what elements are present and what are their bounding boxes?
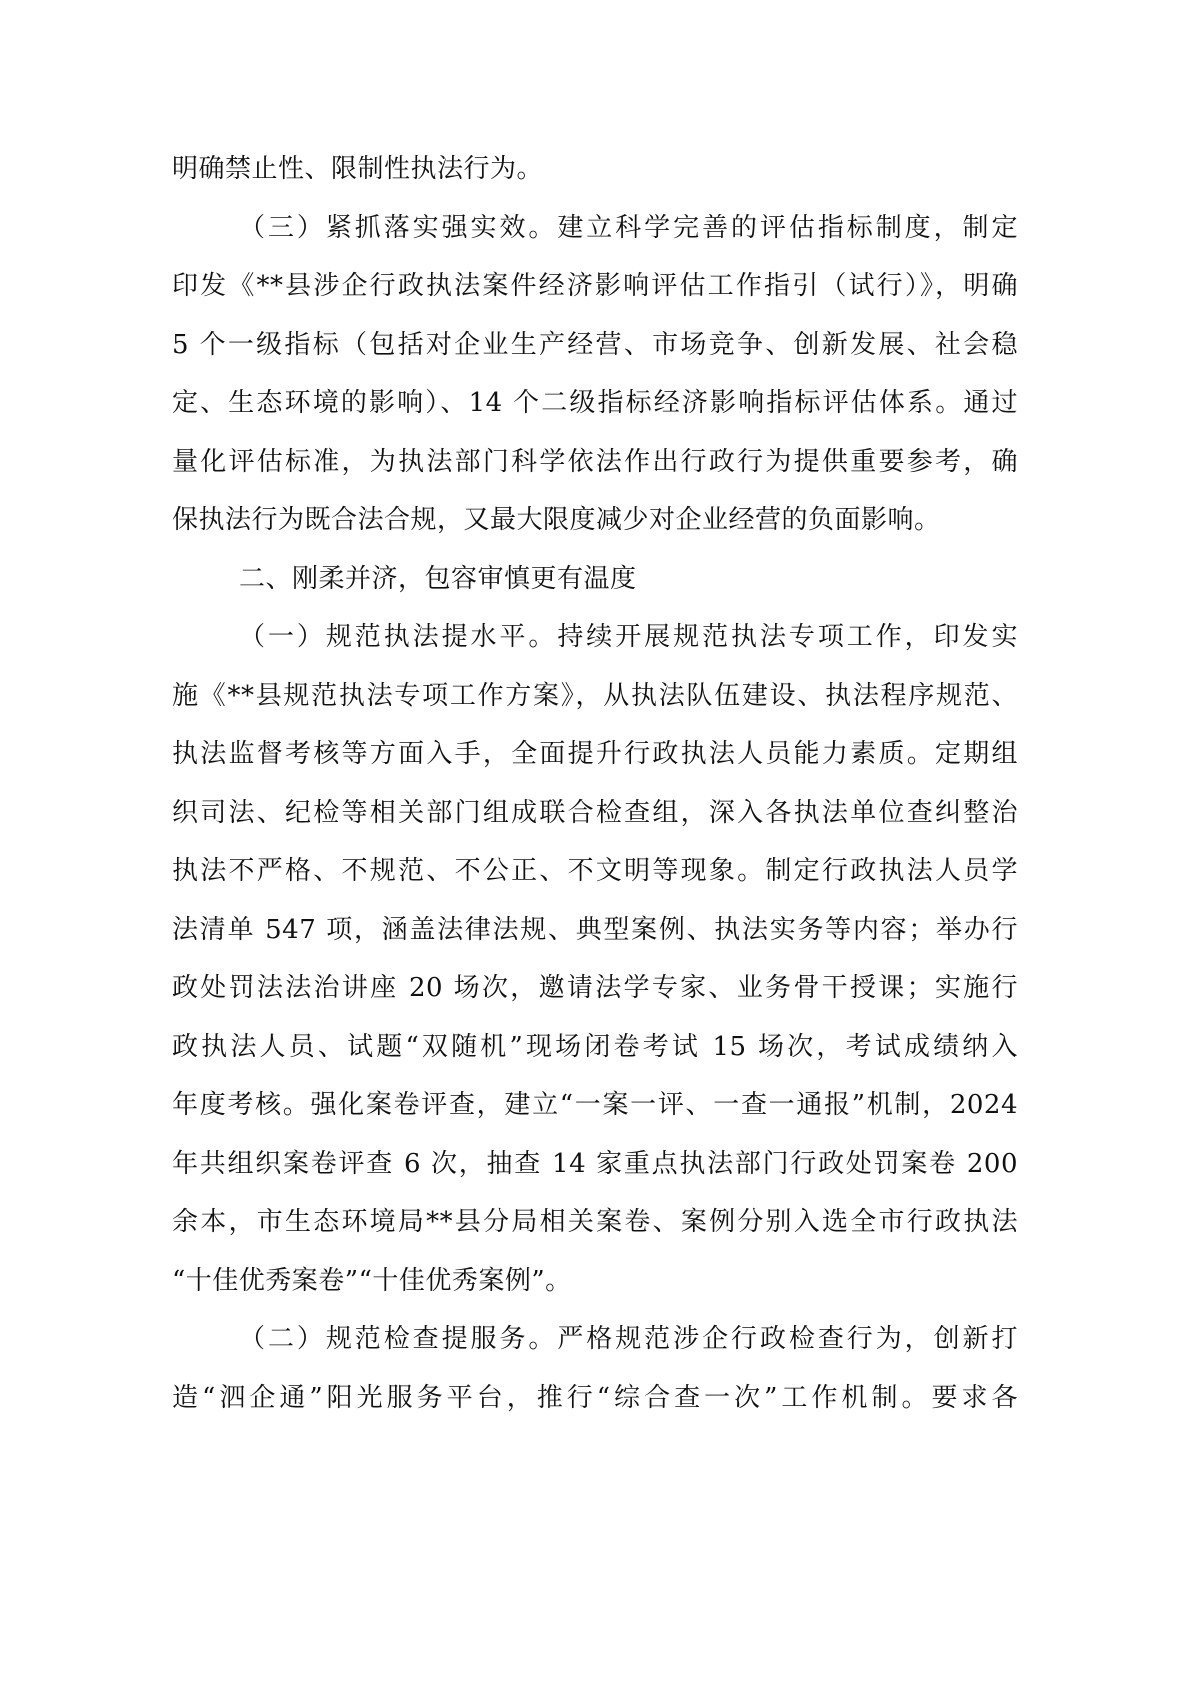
section-heading-1: （一）规范执法提水平。持续开展规范执法专项工作，印发实 xyxy=(172,608,1018,667)
paragraph-line: 明确禁止性、限制性执法行为。 xyxy=(172,140,1018,199)
paragraph-line: 政处罚法法治讲座 20 场次，邀请法学专家、业务骨干授课；实施行 xyxy=(172,959,1018,1018)
paragraph-line: 织司法、纪检等相关部门组成联合检查组，深入各执法单位查纠整治 xyxy=(172,784,1018,843)
paragraph-line: 5 个一级指标（包括对企业生产经营、市场竞争、创新发展、社会稳 xyxy=(172,316,1018,375)
paragraph-line: 量化评估标准，为执法部门科学依法作出行政行为提供重要参考，确 xyxy=(172,433,1018,492)
paragraph-line: 政执法人员、试题“双随机”现场闭卷考试 15 场次，考试成绩纳入 xyxy=(172,1018,1018,1077)
paragraph-line: 造“泗企通”阳光服务平台，推行“综合查一次”工作机制。要求各 xyxy=(172,1369,1018,1428)
chapter-heading-2: 二、刚柔并济，包容审慎更有温度 xyxy=(172,550,1018,609)
paragraph-line: 执法不严格、不规范、不公正、不文明等现象。制定行政执法人员学 xyxy=(172,842,1018,901)
document-body: 明确禁止性、限制性执法行为。 （三）紧抓落实强实效。建立科学完善的评估指标制度，… xyxy=(172,140,1018,1427)
paragraph-line: 法清单 547 项，涵盖法律法规、典型案例、执法实务等内容；举办行 xyxy=(172,901,1018,960)
paragraph-line: 保执法行为既合法合规，又最大限度减少对企业经营的负面影响。 xyxy=(172,491,1018,550)
paragraph-line: 余本，市生态环境局**县分局相关案卷、案例分别入选全市行政执法 xyxy=(172,1193,1018,1252)
document-page: 明确禁止性、限制性执法行为。 （三）紧抓落实强实效。建立科学完善的评估指标制度，… xyxy=(0,0,1190,1683)
section-heading-2: （二）规范检查提服务。严格规范涉企行政检查行为，创新打 xyxy=(172,1310,1018,1369)
paragraph-line: “十佳优秀案卷”“十佳优秀案例”。 xyxy=(172,1252,1018,1311)
section-heading-3: （三）紧抓落实强实效。建立科学完善的评估指标制度，制定 xyxy=(172,199,1018,258)
paragraph-line: 施《**县规范执法专项工作方案》，从执法队伍建设、执法程序规范、 xyxy=(172,667,1018,726)
paragraph-line: 年共组织案卷评查 6 次，抽查 14 家重点执法部门行政处罚案卷 200 xyxy=(172,1135,1018,1194)
paragraph-line: 年度考核。强化案卷评查，建立“一案一评、一查一通报”机制，2024 xyxy=(172,1076,1018,1135)
paragraph-line: 定、生态环境的影响）、14 个二级指标经济影响指标评估体系。通过 xyxy=(172,374,1018,433)
paragraph-line: 印发《**县涉企行政执法案件经济影响评估工作指引（试行）》，明确 xyxy=(172,257,1018,316)
paragraph-line: 执法监督考核等方面入手，全面提升行政执法人员能力素质。定期组 xyxy=(172,725,1018,784)
